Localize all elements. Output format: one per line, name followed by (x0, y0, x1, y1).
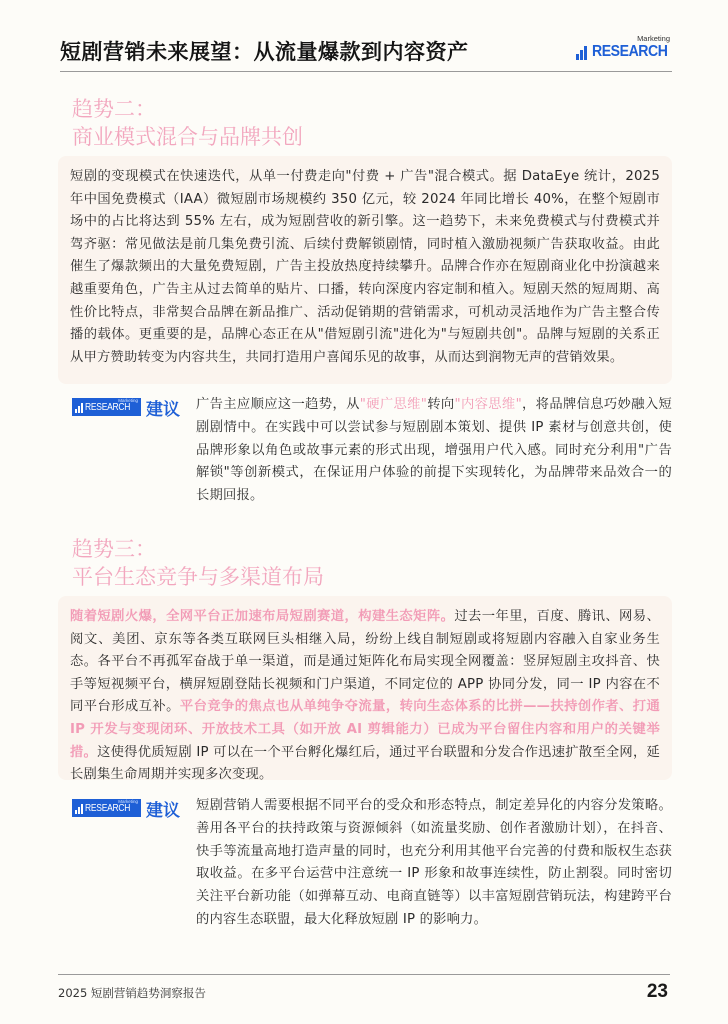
suggestion-text: 广告主应顺应这一趋势，从"硬广思维"转向"内容思维"，将品牌信息巧妙融入短剧剧情… (196, 394, 672, 508)
highlight-text: 随着短剧火爆，全网平台正加速布局短剧赛道，构建生态矩阵。 (70, 609, 454, 624)
page-number: 23 (647, 981, 668, 1003)
logo-word: RESEARCH (85, 402, 130, 413)
report-title: 2025 短剧营销趋势洞察报告 (58, 985, 206, 1001)
suggestion-label: 建议 (146, 796, 180, 821)
section-body-box: 短剧的变现模式在快速迭代，从单一付费走向"付费 + 广告"混合模式。据 Data… (58, 156, 672, 384)
text-run: ，将品牌信息巧妙融入短剧剧情中。在实践中可以尝试参与短剧剧本策划、提供 IP 素… (196, 397, 672, 503)
logo-word: RESEARCH (592, 43, 668, 61)
logo-small-text: Marketing (637, 34, 670, 43)
page-footer: 2025 短剧营销趋势洞察报告 23 (58, 974, 670, 975)
bar-chart-icon (75, 804, 84, 814)
section-heading-trend-2: 趋势二： 商业模式混合与品牌共创 (72, 95, 303, 151)
text-run: 短剧营销人需要根据不同平台的受众和形态特点，制定差异化的内容分发策略。善用各平台… (196, 798, 672, 927)
body-text: 这使得优质短剧 IP 可以在一个平台孵化爆红后，通过平台联盟和分发合作迅速扩散至… (70, 745, 660, 783)
section-heading-trend-3: 趋势三： 平台生态竞争与多渠道布局 (72, 535, 324, 591)
section-heading-line1: 趋势三： (72, 535, 324, 563)
section-body-paragraph: 短剧的变现模式在快速迭代，从单一付费走向"付费 + 广告"混合模式。据 Data… (70, 166, 660, 369)
bar-chart-icon (75, 403, 84, 413)
section-heading-line2: 商业模式混合与品牌共创 (72, 123, 303, 151)
suggestion-label: 建议 (146, 395, 180, 420)
report-page: 短剧营销未来展望：从流量爆款到内容资产 Marketing RESEARCH 趋… (0, 0, 728, 1024)
bar-chart-icon (576, 46, 590, 60)
text-run: 广告主应顺应这一趋势，从 (196, 397, 360, 412)
research-logo-badge: Marketing RESEARCH (72, 398, 141, 416)
section-heading-line1: 趋势二： (72, 95, 303, 123)
suggestion-badge: Marketing RESEARCH 建议 (72, 397, 182, 417)
suggestion-text: 短剧营销人需要根据不同平台的受众和形态特点，制定差异化的内容分发策略。善用各平台… (196, 795, 672, 932)
suggestion-badge: Marketing RESEARCH 建议 (72, 798, 182, 818)
brand-logo: Marketing RESEARCH (574, 34, 670, 64)
research-logo-badge: Marketing RESEARCH (72, 799, 141, 817)
highlight-text: "内容思维" (455, 397, 522, 412)
page-title: 短剧营销未来展望：从流量爆款到内容资产 (60, 36, 469, 66)
section-body-box: 随着短剧火爆，全网平台正加速布局短剧赛道，构建生态矩阵。过去一年里，百度、腾讯、… (58, 596, 672, 780)
section-body-paragraph: 随着短剧火爆，全网平台正加速布局短剧赛道，构建生态矩阵。过去一年里，百度、腾讯、… (70, 606, 660, 787)
highlight-text: "硬广思维" (360, 397, 427, 412)
section-heading-line2: 平台生态竞争与多渠道布局 (72, 563, 324, 591)
text-run: 转向 (427, 397, 454, 412)
logo-word: RESEARCH (85, 803, 130, 814)
page-header: 短剧营销未来展望：从流量爆款到内容资产 Marketing RESEARCH (60, 32, 672, 72)
body-text: 短剧的变现模式在快速迭代，从单一付费走向"付费 + 广告"混合模式。据 Data… (70, 169, 660, 365)
